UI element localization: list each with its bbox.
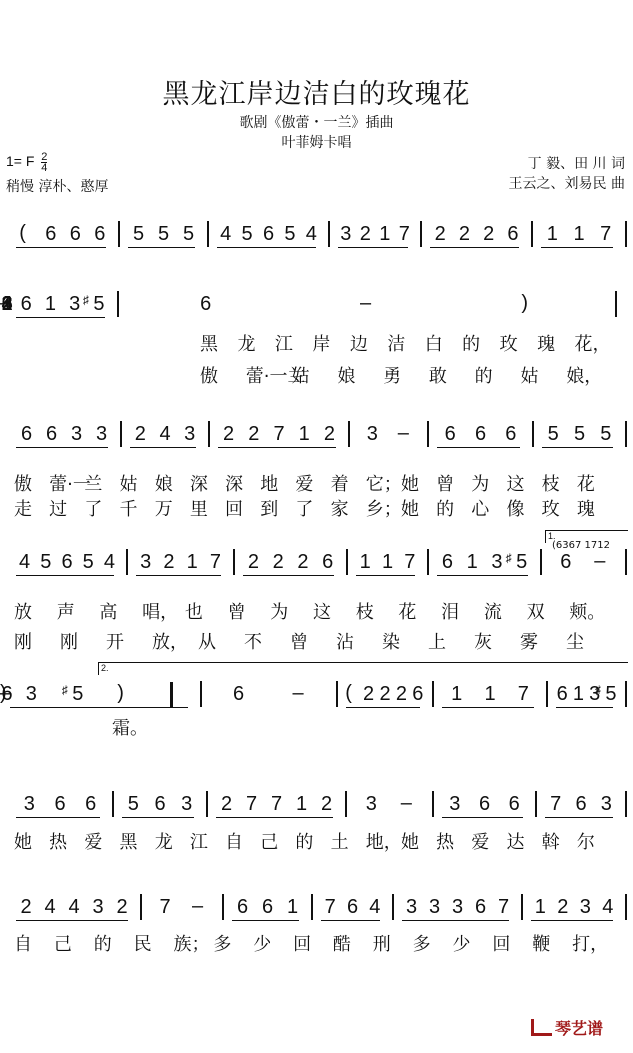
dash-sustain: –: [594, 550, 605, 573]
note: 6: [504, 422, 518, 446]
lyric-syllable: 花: [577, 470, 595, 496]
note-digit: 1: [45, 293, 56, 315]
lyric-row: 刚刚开放，从不曾沾染上灰雾尘: [0, 628, 633, 658]
note: 1: [483, 682, 497, 706]
lyric-syllable: 尔: [577, 828, 595, 854]
barline: [207, 221, 209, 247]
note-digit: 5: [574, 423, 585, 445]
note: 7: [208, 550, 222, 574]
lyric-syllable: 玫: [542, 495, 560, 521]
credits: 丁 毅、田 川 词 王云之、刘易民 曲: [509, 154, 625, 194]
note-digit: 2: [321, 793, 332, 815]
lyric-syllable: 放，: [152, 628, 188, 654]
note-digit: 5: [600, 423, 611, 445]
note-digit: 2: [396, 683, 407, 705]
note: 2: [362, 682, 376, 706]
barline: [532, 421, 534, 447]
score-line2: 613♯56–)663243212316–: [0, 292, 633, 322]
note: ♯5: [604, 682, 618, 706]
note: 5: [573, 422, 587, 446]
lyric-syllable: 兰: [84, 470, 102, 496]
lyric-syllable: 龙: [237, 330, 255, 356]
lyric-syllable: 族；: [173, 930, 209, 956]
note: 4: [601, 895, 615, 919]
beam-underline: [16, 247, 106, 248]
lyric-row: 放声高唱，也曾为这枝花泪流双颊。: [0, 598, 633, 628]
note: 3: [490, 550, 504, 574]
lyric-syllable: 双: [527, 598, 545, 624]
repeat-end-sign: [164, 682, 173, 708]
lyric-syllable: 边: [350, 330, 368, 356]
note-digit: 7: [498, 896, 509, 918]
note-digit: 2: [483, 223, 494, 245]
beam-underline: [16, 575, 114, 576]
singer-credit: 叶菲姆卡唱: [0, 132, 633, 152]
lyric-syllable: 刑: [373, 930, 391, 956]
note-digit: 6: [442, 551, 453, 573]
parenthesis: ): [0, 682, 7, 705]
lyric-syllable: 里: [190, 495, 208, 521]
note-digit: 3: [367, 423, 378, 445]
parenthesis: (: [345, 682, 352, 705]
lyric-syllable: 她: [401, 470, 419, 496]
note-digit: 6: [21, 293, 32, 315]
note: 1: [43, 292, 57, 316]
lyric-syllable: 尘: [566, 628, 584, 654]
beam-underline: [128, 247, 195, 248]
dash-sustain: –: [293, 682, 304, 705]
tempo-expression: 稍慢 淳朴、憨厚: [6, 176, 108, 196]
note-digit: 5: [284, 223, 295, 245]
note-digit: 6: [475, 896, 486, 918]
lyric-syllable: 江: [275, 330, 293, 356]
note: 2: [322, 422, 336, 446]
note: 7: [397, 222, 411, 246]
note-digit: 6: [557, 683, 568, 705]
barline: [427, 549, 429, 575]
lyric-syllable: 玫: [500, 330, 518, 356]
note-digit: 7: [518, 683, 529, 705]
note-digit: 6: [21, 423, 32, 445]
note-digit: 6: [46, 423, 57, 445]
note-digit: 5: [183, 223, 194, 245]
note: 3: [599, 792, 613, 816]
song-subtitle: 歌剧《傲蕾・一兰》插曲: [0, 112, 633, 132]
beam-underline: [442, 707, 534, 708]
note: 2: [457, 222, 471, 246]
lyric-syllable: 颊。: [569, 598, 605, 624]
note-digit: 6: [262, 896, 273, 918]
lyric-syllable: 深: [225, 470, 243, 496]
note: 1: [450, 682, 464, 706]
note: 2: [296, 550, 310, 574]
note-digit: 2: [221, 793, 232, 815]
note: 2: [19, 895, 33, 919]
sharp-sign: ♯: [62, 678, 68, 702]
lyric-syllable: 枝: [356, 598, 374, 624]
note-digit: 6: [45, 223, 56, 245]
note: 1: [297, 422, 311, 446]
lyric-syllable: 江: [190, 828, 208, 854]
note-digit: 2: [135, 423, 146, 445]
lyric-syllable: 多: [413, 930, 431, 956]
barline: [615, 291, 617, 317]
note-digit: 2: [557, 896, 568, 918]
note-digit: 3: [491, 551, 502, 573]
dash-sustain: –: [398, 422, 409, 445]
note-digit: 6: [94, 223, 105, 245]
note: 6: [443, 422, 457, 446]
beam-underline: [10, 707, 188, 708]
lyric-syllable: 不: [244, 628, 262, 654]
note: 1: [465, 550, 479, 574]
lyric-syllable: 上: [428, 628, 446, 654]
lyric-syllable: 傲: [14, 470, 32, 496]
lyric-syllable: 少: [253, 930, 271, 956]
beam-underline: [16, 317, 105, 318]
lyric-syllable: 的: [475, 362, 493, 388]
note: 5: [546, 422, 560, 446]
beam-underline: [216, 817, 333, 818]
lyric-syllable: 乡；: [366, 495, 402, 521]
note: 6: [19, 292, 33, 316]
beam-underline: [437, 575, 528, 576]
note: 2: [220, 792, 234, 816]
note: 1: [545, 222, 559, 246]
note-digit: 1: [535, 896, 546, 918]
note: 6: [199, 292, 213, 316]
note-digit: 5: [242, 223, 253, 245]
lyric-syllable: 瑰: [537, 330, 555, 356]
note-digit: 6: [575, 793, 586, 815]
lyric-syllable: 了: [295, 495, 313, 521]
score-line7: 244327–661764333671234: [0, 895, 633, 925]
lyric-syllable: 地: [260, 470, 278, 496]
note-digit: 1: [296, 793, 307, 815]
note: 1: [571, 682, 585, 706]
note-digit: 3: [452, 896, 463, 918]
note-digit: 4: [19, 551, 30, 573]
parenthesis: ): [117, 682, 124, 705]
lyric-syllable: 姑: [292, 362, 310, 388]
dash-sustain: –: [401, 792, 412, 815]
note: 6: [440, 550, 454, 574]
note: 5: [157, 222, 171, 246]
watermark-logo: 琴艺谱: [531, 1016, 603, 1039]
lyric-syllable: 刚: [14, 628, 32, 654]
note-digit: 7: [159, 896, 170, 918]
lyric-syllable: 达: [506, 828, 524, 854]
note: 2: [433, 222, 447, 246]
lyric-syllable: 回: [225, 495, 243, 521]
note: 6: [232, 682, 246, 706]
lyric-row: 傲蕾·一兰姑娘勇敢的姑娘，: [0, 362, 633, 392]
note-digit: 4: [306, 223, 317, 245]
note: 7: [323, 895, 337, 919]
note-digit: 6: [505, 423, 516, 445]
note-digit: 5: [83, 551, 94, 573]
key-signature: 1= F 2 4: [6, 152, 47, 173]
note: 4: [304, 222, 318, 246]
beam-underline: [338, 247, 408, 248]
note-digit: 3: [406, 896, 417, 918]
lyric-syllable: 的: [94, 930, 112, 956]
lyric-syllable: 地，: [366, 828, 402, 854]
note-digit: 3: [601, 793, 612, 815]
note-digit: 3: [340, 223, 351, 245]
note-digit: 6: [200, 293, 211, 315]
note: 3: [183, 422, 197, 446]
lyric-syllable: 刚: [60, 628, 78, 654]
beam-underline: [232, 920, 299, 921]
note: 7: [403, 550, 417, 574]
barline: [117, 291, 119, 317]
note-digit: 7: [273, 423, 284, 445]
lyric-syllable: 热: [436, 828, 454, 854]
note-digit: 2: [459, 223, 470, 245]
note: 5: [283, 222, 297, 246]
lyric-syllable: 霜。: [112, 714, 148, 740]
note: 2: [247, 422, 261, 446]
lyric-syllable: 的: [436, 495, 454, 521]
note-digit: 1: [573, 683, 584, 705]
note-digit: 4: [159, 423, 170, 445]
note: 6: [574, 792, 588, 816]
lyricist-credit: 丁 毅、田 川 词: [509, 154, 625, 174]
note: 3: [70, 422, 84, 446]
barline: [625, 681, 627, 707]
barline: [427, 421, 429, 447]
note: 7: [549, 792, 563, 816]
lyric-syllable: 像: [506, 495, 524, 521]
barline: [345, 791, 347, 817]
lyric-syllable: 枝: [542, 470, 560, 496]
note: 6: [474, 422, 488, 446]
song-title: 黑龙江岸边洁白的玫瑰花: [0, 72, 633, 111]
note: 4: [158, 422, 172, 446]
note-digit: 1: [187, 551, 198, 573]
note-digit: 6: [479, 793, 490, 815]
lyric-syllable: 为: [471, 470, 489, 496]
note-digit: 1: [484, 683, 495, 705]
lyric-syllable: 沾: [336, 628, 354, 654]
note: 4: [102, 550, 116, 574]
note: 1: [358, 550, 372, 574]
note: 6: [53, 792, 67, 816]
lyric-syllable: 白: [425, 330, 443, 356]
note-digit: 3: [24, 793, 35, 815]
lyric-syllable: 回: [293, 930, 311, 956]
lyric-syllable: 鞭: [532, 930, 550, 956]
lyric-syllable: 深: [190, 470, 208, 496]
lyric-syllable: 土: [331, 828, 349, 854]
lyric-syllable: 着: [331, 470, 349, 496]
lyric-syllable: 她: [401, 495, 419, 521]
note: 3: [24, 682, 38, 706]
lyric-syllable: 己: [260, 828, 278, 854]
note: 6: [346, 895, 360, 919]
lyric-syllable: 娘: [337, 362, 355, 388]
note: 2: [271, 550, 285, 574]
note-digit: 7: [600, 223, 611, 245]
note-digit: 6: [263, 223, 274, 245]
note-digit: 4: [104, 551, 115, 573]
note-digit: 7: [210, 551, 221, 573]
note: ♯5: [71, 682, 85, 706]
note: 2: [378, 682, 392, 706]
barline: [535, 791, 537, 817]
beam-underline: [542, 447, 613, 448]
parenthesis: ): [521, 292, 528, 315]
lyric-syllable: 她: [14, 828, 32, 854]
note: 6: [236, 895, 250, 919]
barline: [420, 221, 422, 247]
lyric-syllable: 敢: [429, 362, 447, 388]
note-digit: 1: [382, 551, 393, 573]
lyric-syllable: 瑰: [577, 495, 595, 521]
score-line6: 366563277123–366763: [0, 792, 633, 822]
barline: [432, 681, 434, 707]
note: 6: [262, 222, 276, 246]
volta-2-bracket: 2.: [98, 662, 628, 675]
note: 3: [364, 792, 378, 816]
note-digit: 2: [248, 551, 259, 573]
note: 3: [68, 292, 82, 316]
beam-underline: [346, 707, 420, 708]
note-digit: 3: [184, 423, 195, 445]
note: 1: [533, 895, 547, 919]
lyric-syllable: 姑: [120, 470, 138, 496]
note-digit: 6: [237, 896, 248, 918]
note: 1: [378, 222, 392, 246]
lyric-syllable: 她: [401, 828, 419, 854]
note-digit: 3: [449, 793, 460, 815]
barline: [118, 221, 120, 247]
note: 2: [556, 895, 570, 919]
note-digit: 2: [297, 551, 308, 573]
beam-underline: [556, 707, 613, 708]
note: 5: [132, 222, 146, 246]
note: 2: [394, 682, 408, 706]
lyric-syllable: 曾: [290, 628, 308, 654]
note-digit: 6: [61, 551, 72, 573]
note-digit: 3: [140, 551, 151, 573]
note: 2: [162, 550, 176, 574]
note-digit: 6: [70, 223, 81, 245]
note-digit: 5: [72, 683, 83, 705]
note: 6: [93, 222, 107, 246]
note: 5: [39, 550, 53, 574]
note-digit: 1: [451, 683, 462, 705]
lyric-syllable: 己: [54, 930, 72, 956]
note: 7: [516, 682, 530, 706]
lyric-syllable: 曾: [436, 470, 454, 496]
barline: [625, 791, 627, 817]
barline: [126, 549, 128, 575]
beam-underline: [402, 920, 509, 921]
note-digit: 1: [379, 223, 390, 245]
note-digit: 6: [445, 423, 456, 445]
lyric-syllable: 放: [14, 598, 32, 624]
note: 6: [20, 422, 34, 446]
note-digit: 4: [68, 896, 79, 918]
note-digit: 4: [44, 896, 55, 918]
note: 3: [405, 895, 419, 919]
note-digit: 7: [271, 793, 282, 815]
note: 1: [295, 792, 309, 816]
note-digit: 7: [246, 793, 257, 815]
barline: [521, 894, 523, 920]
note-digit: 6: [85, 793, 96, 815]
barline: [120, 421, 122, 447]
note: 6: [60, 550, 74, 574]
lyric-syllable: 爱: [84, 828, 102, 854]
lyric-syllable: 声: [57, 598, 75, 624]
beam-underline: [531, 920, 613, 921]
note-digit: 2: [273, 551, 284, 573]
score-line4: 4565432172226117613♯56–: [0, 550, 633, 580]
barline: [625, 421, 627, 447]
sharp-sign: ♯: [506, 546, 512, 570]
note: 7: [158, 895, 172, 919]
note: 6: [153, 792, 167, 816]
note-digit: 3: [181, 793, 192, 815]
note: 3: [365, 422, 379, 446]
lyric-syllable: 自: [14, 930, 32, 956]
lyric-syllable: 花，: [575, 330, 611, 356]
lyric-syllable: 唱，: [142, 598, 178, 624]
lyric-syllable: 泪: [441, 598, 459, 624]
note-digit: 4: [369, 896, 380, 918]
beam-underline: [122, 817, 194, 818]
note-digit: 3: [26, 683, 37, 705]
note: 3: [95, 422, 109, 446]
note: 4: [219, 222, 233, 246]
note: 3: [180, 792, 194, 816]
note-digit: 2: [379, 683, 390, 705]
note-digit: 6: [154, 793, 165, 815]
note-digit: 7: [550, 793, 561, 815]
note-digit: 1: [287, 896, 298, 918]
note: 7: [245, 792, 259, 816]
note-digit: 6: [54, 793, 65, 815]
beam-underline: [16, 817, 100, 818]
beam-underline: [130, 447, 196, 448]
lyric-syllable: 的: [462, 330, 480, 356]
note-digit: 5: [158, 223, 169, 245]
note: 6: [45, 422, 59, 446]
note: 3: [448, 792, 462, 816]
barline: [348, 421, 350, 447]
note-digit: 5: [548, 423, 559, 445]
lyric-syllable: 斡: [542, 828, 560, 854]
score-line1: (6665554565432172226117: [0, 222, 633, 252]
lyric-syllable: 染: [382, 628, 400, 654]
dash-sustain: –: [360, 292, 371, 315]
note-digit: 3: [92, 896, 103, 918]
beam-underline: [545, 817, 613, 818]
note: 6: [84, 792, 98, 816]
note: 3: [91, 895, 105, 919]
note: 6: [559, 550, 573, 574]
note: 6: [321, 550, 335, 574]
lyric-syllable: 娘，: [566, 362, 602, 388]
lyric-syllable: 也: [185, 598, 203, 624]
barline: [206, 791, 208, 817]
note-digit: 6: [347, 896, 358, 918]
note-digit: 1: [573, 223, 584, 245]
lyric-syllable: 流: [484, 598, 502, 624]
